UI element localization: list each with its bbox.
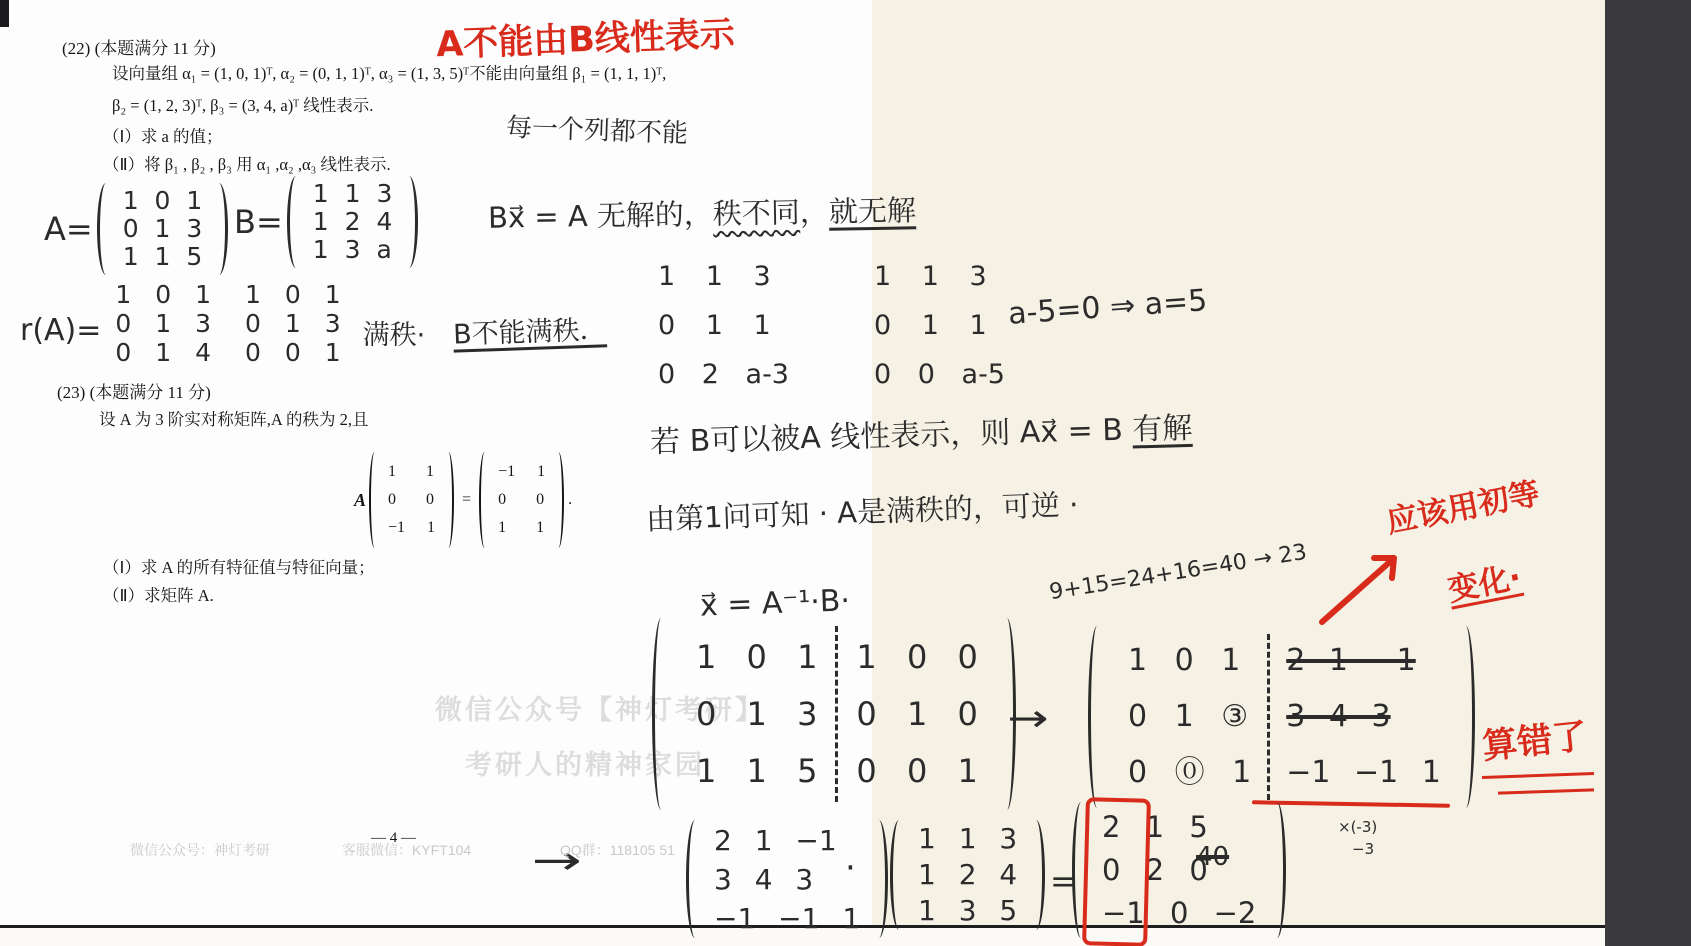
matrix-row: −1 1 [498,458,545,486]
left-paren [890,820,908,930]
matrix-row: 0 1 3 [245,309,341,338]
matrix-row: 3 4 3 [714,860,813,899]
matrix-B-label: B= [234,203,283,241]
note-rank-differs: 秩不同 [713,195,801,231]
augment-divider [1267,634,1270,800]
note-every-column: 每一个列都不能 [505,107,688,150]
left-paren [369,452,380,548]
note-full-rank: 满秩· [363,313,426,352]
red-arrow [1316,546,1408,628]
matrix-row: 1 1 5 [123,243,203,271]
scribbled-correction-digits: 40 [1196,842,1229,872]
problem23-part2: （Ⅱ）求矩阵 A. [103,582,214,606]
right-paren [1027,820,1045,930]
matrix-row: 1 1 3 [874,252,987,301]
matrix-row: 0 2 a-3 [658,350,789,399]
right-paren [1268,802,1286,938]
left-paren [1088,626,1106,808]
augment-divider [835,626,838,802]
bottom-matrix-inverse: 2 1 −1 3 4 3 −1 −1 1 [686,820,888,938]
bottom-matrix-b: 1 1 3 1 2 4 1 3 5 [890,820,1045,930]
right-paren [553,452,564,548]
matrix-row: 1 2 4 [918,857,1017,893]
matrix-row: −1 −1 1 [714,899,860,938]
problem22-line2: β₂ = (1, 2, 3)ᵀ, β₃ = (3, 4, a)ᵀ 线性表示. [112,92,373,116]
matrix-row: 1 2 4 [313,208,393,236]
matrix-row-crossed-out: 3 4 3 [1286,689,1390,745]
matrix-row: 1 1 3 [658,252,771,301]
matrix-row: 1 1 3 [918,821,1017,857]
red-title-annotation: A不能由B线性表示 [435,7,735,67]
problem22-heading: (22) (本题满分 11 分) [62,34,216,59]
matrix-row: 1 3 5 [918,893,1017,929]
matrix-row: 1 0 1 [696,629,817,686]
matrix-eq-period: . [568,491,572,509]
elimination-step1: 1 1 3 0 1 1 0 2 a-3 [658,252,789,399]
matrix-eq-equals: = [462,491,471,509]
arrow-to-result: → [1007,696,1048,740]
matrix-row: 0 1 1 [658,301,771,350]
matrix-row: 0 1 0 [856,686,977,743]
right-paren [870,820,888,938]
matrix-row: 1 1 [388,458,434,486]
right-paren [400,176,418,268]
augmented-matrix: 1 0 1 0 1 3 1 1 5 1 0 0 0 1 0 0 0 1 [652,618,1016,810]
red-box-first-column [1082,797,1151,946]
rank-computation: r(A)= 1 0 1 0 1 3 0 1 4 1 0 1 0 1 3 0 0 … [20,280,607,367]
right-dark-band [1605,0,1691,946]
matrix-B-handwritten: B= 1 1 3 1 2 4 1 3 a [234,176,418,268]
problem23-part1: （Ⅰ）求 A 的所有特征值与特征向量； [103,554,375,578]
note-bx-part1: Bx⃗ = A 无解的， [488,197,713,235]
right-paren [1457,626,1475,808]
matrix-row: 1 1 5 [696,743,817,800]
matrix-row: 0 1 ③ [1128,689,1248,745]
matrix-row: 0 0 1 [245,338,341,367]
matrix-row: 2 1 −1 [714,821,837,860]
note-no-solution: 就无解 [829,193,917,229]
matrix-row: 1 0 1 [115,280,211,309]
matrix-row: 1 0 1 [123,187,203,215]
right-paren [210,183,228,275]
matrix-row-crossed-out: 2 1 −1 [1286,633,1415,689]
left-paren [686,820,704,938]
matrix-row: 1 1 [498,514,544,542]
multiplication-dot: · [845,848,856,888]
matrix-row: 1 0 0 [856,629,977,686]
top-left-black-notch [0,0,9,27]
left-paren [287,176,305,268]
result-matrix-scribbled: 1 0 1 0 1 ③ 0 ⓪ 1 2 1 −1 3 4 3 −1 −1 1 [1088,626,1475,808]
problem23-matrix-equation: A 1 1 0 0 −1 1 = −1 1 0 0 1 1 . [354,452,572,548]
problem22-line1: 设向量组 α₁ = (1, 0, 1)ᵀ, α₂ = (0, 1, 1)ᵀ, α… [112,60,666,84]
matrix-row: 0 1 3 [115,309,211,338]
footer-qq-group: QQ群：118105 51 [560,840,675,860]
matrix-A-handwritten: A= 1 0 1 0 1 3 1 1 5 [44,183,228,275]
note-minus3: −3 [1352,840,1374,858]
matrix-row: 1 1 3 [313,180,393,208]
problem23-line1: 设 A 为 3 阶实对称矩阵,A 的秩为 2,且 [99,406,369,430]
matrix-row: 0 1 3 [696,686,817,743]
matrix-row: 0 ⓪ 1 [1128,745,1251,801]
matrix-A-label: A= [44,210,93,248]
matrix-row: 0 1 4 [115,338,211,367]
matrix-row: 0 1 3 [123,215,203,243]
matrix-row: 0 1 1 [874,301,987,350]
note-bx-equals-a: Bx⃗ = A 无解的，秩不同，就无解 [488,188,917,236]
right-paren [443,452,454,548]
left-paren [652,618,670,810]
matrix-row: 0 0 [498,486,544,514]
note-comma: ， [800,195,830,230]
matrix-row: 0 0 a-5 [874,350,1005,399]
matrix-row: 0 0 [388,486,434,514]
left-paren [97,183,115,275]
rank-label: r(A)= [20,313,101,348]
document-page: 微信公众号【神灯考研】 考研人的精神家园 (22) (本题满分 11 分) 设向… [0,0,1691,946]
matrix-row: −1 1 [388,514,435,542]
footer-wechat: 微信公众号：神灯考研 [130,840,270,860]
matrix-row: 1 0 1 [1128,633,1240,689]
footer-service-wechat: 客服微信：KYFT104 [342,840,471,860]
left-paren [479,452,490,548]
matrix-row: −1 −1 1 [1286,745,1441,801]
note-times-minus3: ×(-3) [1338,818,1377,836]
note-has-solution: 有解 [1132,411,1193,448]
problem22-part2: （Ⅱ）将 β₁ , β₂ , β₃ 用 α₁ ,α₂ ,α₃ 线性表示. [103,151,391,175]
matrix-row: 0 0 1 [856,743,977,800]
matrix-row: 1 0 1 [245,280,341,309]
problem22-part1: （Ⅰ）求 a 的值； [103,123,222,147]
problem23-heading: (23) (本题满分 11 分) [57,378,211,403]
elimination-step2: 1 1 3 0 1 1 0 0 a-5 [874,252,1005,399]
matrix-row: 1 3 a [313,236,392,264]
matrix-eq-A-label: A [354,490,366,511]
note-b-not-full-rank: B不能满秩． [453,307,608,351]
